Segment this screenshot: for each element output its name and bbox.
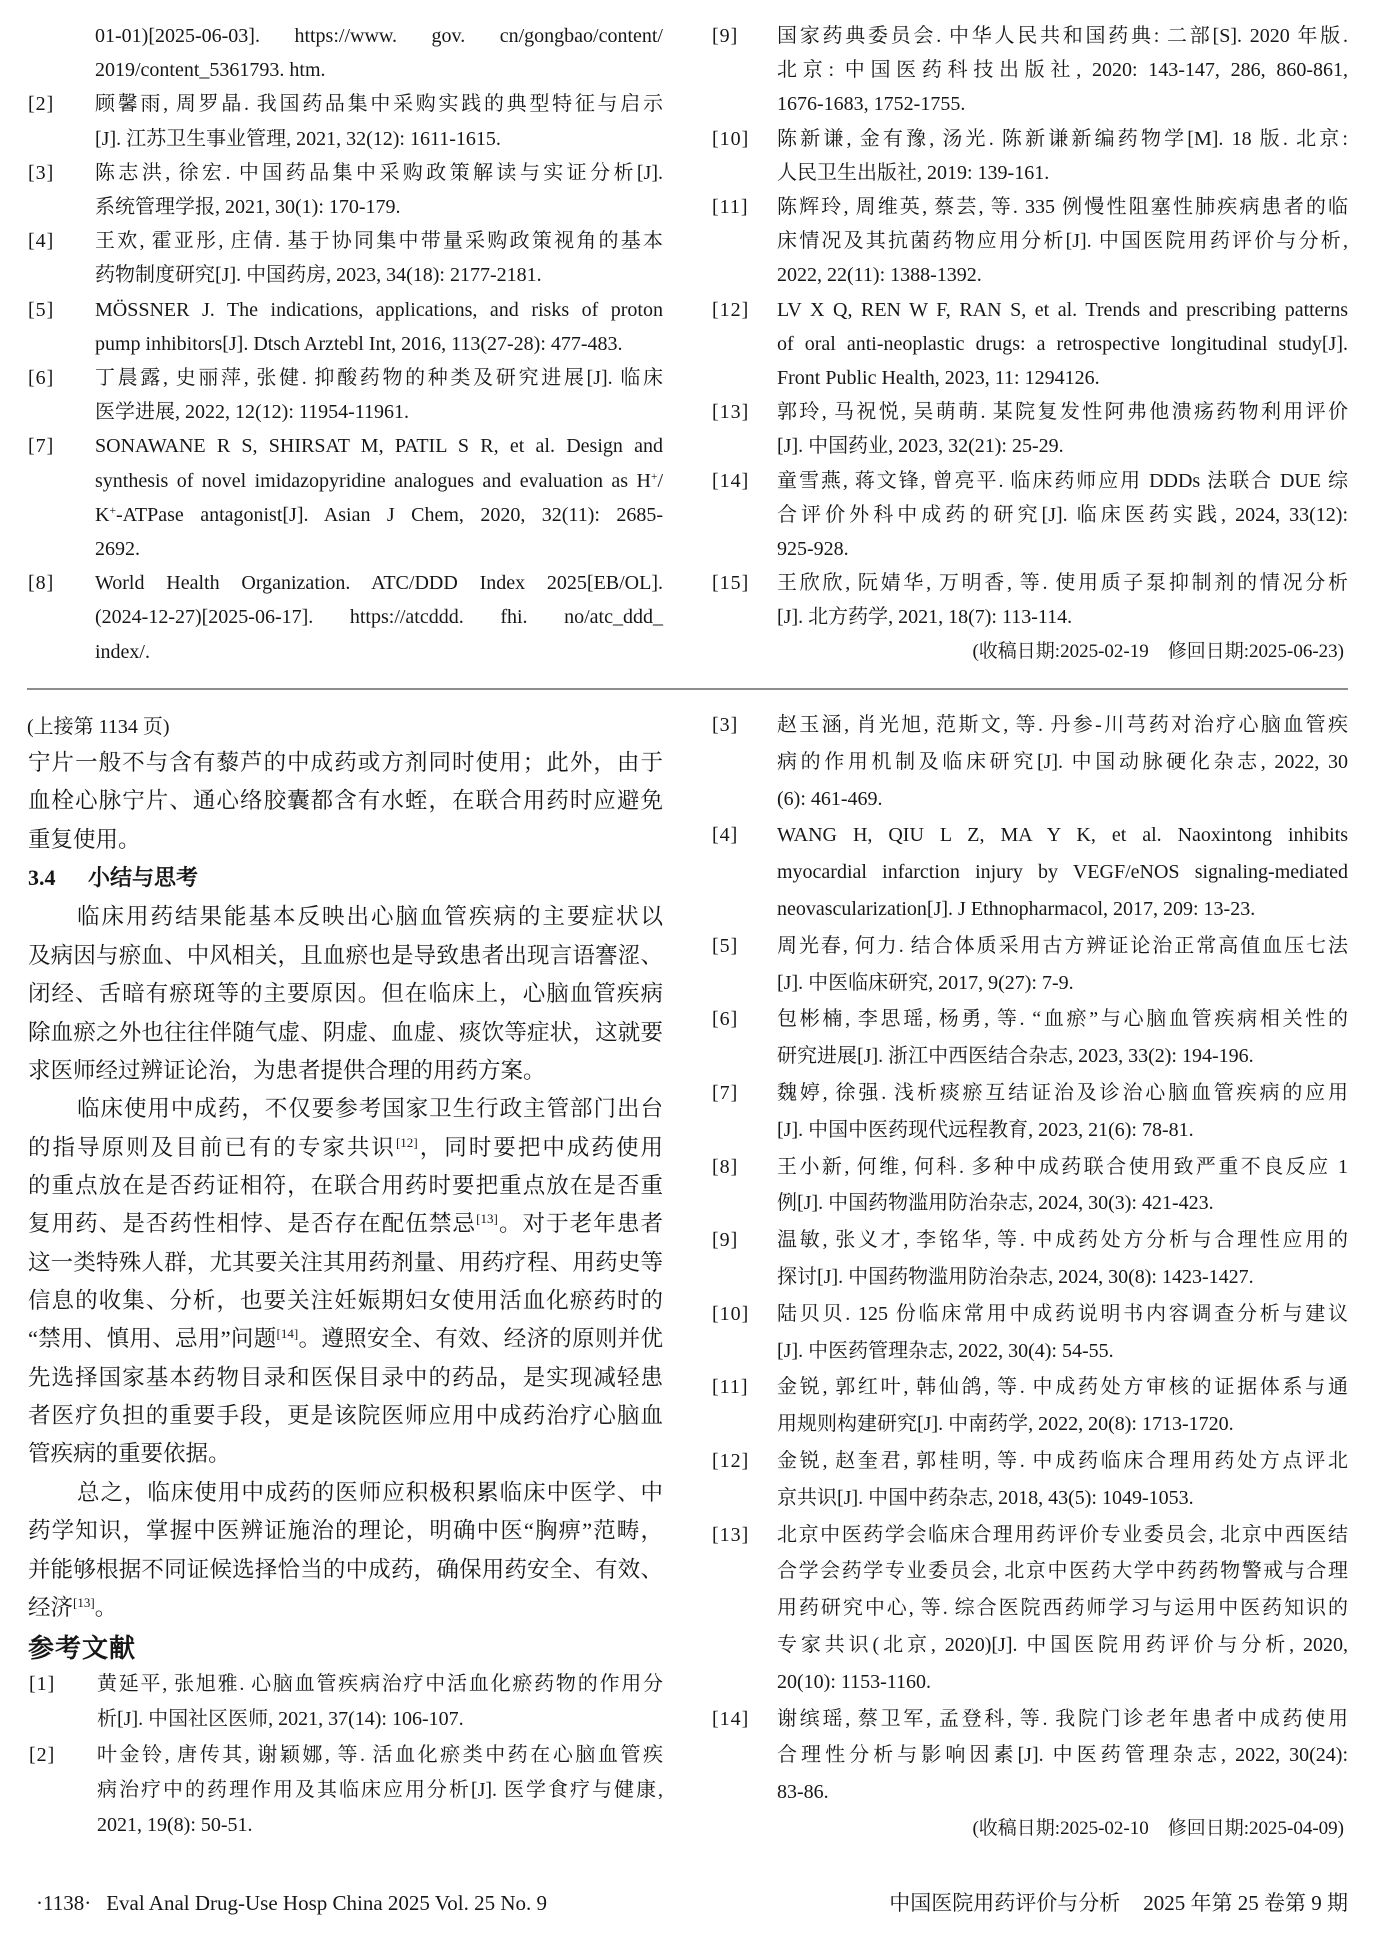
body-line: 临床使用中成药，不仅要参考国家卫生行政主管部门出台 (28, 1090, 663, 1128)
body-text: 。对于老年患者 (498, 1211, 663, 1236)
reference-number: [2] (29, 1738, 55, 1773)
reference-line: [J]. 中国药业, 2023, 32(21): 25-29. (777, 429, 1348, 463)
reference-line: SONAWANE R S, SHIRSAT M, PATIL S R, et a… (95, 429, 663, 463)
reference-line: 周光春, 何力. 结合体质采用古方辨证论治正常高值血压七法 (777, 928, 1348, 965)
reference-line: 83-86. (777, 1774, 1348, 1811)
reference-line: (2024-12-27)[2025-06-17]. https://atcddd… (95, 600, 663, 634)
reference-text: / (657, 470, 663, 492)
reference-line: 合理性分析与影响因素[J]. 中医药管理杂志, 2022, 30(24): (777, 1737, 1348, 1774)
reference-line: 国家药典委员会. 中华人民共和国药典: 二部[S]. 2020 年版. (777, 19, 1348, 53)
reference-number: [6] (712, 1001, 738, 1038)
references-column-bottom-right: [3] 赵玉涵, 肖光旭, 范斯文, 等. 丹参-川芎药对治疗心脑血管疾 病的作… (712, 707, 1348, 1848)
reference-number: [11] (712, 1369, 749, 1406)
reference-line: 王小新, 何维, 何科. 多种中成药联合使用致严重不良反应 1 (777, 1149, 1348, 1186)
reference-number: [7] (712, 1075, 738, 1112)
reference-line: 北京: 中国医药科技出版社, 2020: 143-147, 286, 860-8… (777, 53, 1348, 87)
reference-text: K (95, 504, 109, 526)
received-revised-dates: (收稿日期:2025-02-19 修回日期:2025-06-23) (712, 635, 1348, 669)
reference-item: [8] 王小新, 何维, 何科. 多种中成药联合使用致严重不良反应 1 例[J]… (712, 1149, 1348, 1223)
reference-line: 赵玉涵, 肖光旭, 范斯文, 等. 丹参-川芎药对治疗心脑血管疾 (777, 707, 1348, 744)
reference-item: [11] 陈辉玲, 周维英, 蔡芸, 等. 335 例慢性阻塞性肺疾病患者的临 … (712, 190, 1348, 293)
reference-number: [14] (712, 464, 749, 498)
reference-item: [13] 郭玲, 马祝悦, 吴萌萌. 某院复发性阿弗他溃疡药物利用评价 [J].… (712, 395, 1348, 463)
reference-line: 20(10): 1153-1160. (777, 1664, 1348, 1701)
reference-line: 床情况及其抗菌药物应用分析[J]. 中国医院用药评价与分析, (777, 224, 1348, 258)
references-column-top-right: [9] 国家药典委员会. 中华人民共和国药典: 二部[S]. 2020 年版. … (712, 19, 1348, 669)
reference-line: 郭玲, 马祝悦, 吴萌萌. 某院复发性阿弗他溃疡药物利用评价 (777, 395, 1348, 429)
reference-item: [10] 陈新谦, 金有豫, 汤光. 陈新谦新编药物学[M]. 18 版. 北京… (712, 122, 1348, 190)
reference-item: [15] 王欣欣, 阮婧华, 万明香, 等. 使用质子泵抑制剂的情况分析 [J]… (712, 566, 1348, 634)
reference-line: 魏婷, 徐强. 浅析痰瘀互结证治及诊治心脑血管疾病的应用 (777, 1075, 1348, 1112)
reference-number: [8] (28, 566, 54, 600)
reference-number: [4] (28, 224, 54, 258)
reference-number: [9] (712, 1222, 738, 1259)
reference-number: [3] (712, 707, 738, 744)
journal-citation-english: Eval Anal Drug-Use Hosp China 2025 Vol. … (106, 1891, 547, 1915)
reference-number: [13] (712, 395, 749, 429)
article-body: 宁片一般不与含有藜芦的中成药或方剂同时使用；此外，由于 血栓心脉宁片、通心络胶囊… (28, 744, 663, 1627)
reference-line: 陈志洪, 徐宏. 中国药品集中采购政策解读与实证分析[J]. (95, 156, 663, 190)
reference-number: [2] (28, 87, 54, 121)
reference-number: [15] (712, 566, 749, 600)
reference-number: [5] (712, 928, 738, 965)
reference-line: Front Public Health, 2023, 11: 1294126. (777, 361, 1348, 395)
section-title: 小结与思考 (88, 866, 198, 891)
reference-line: 叶金铃, 唐传其, 谢颖娜, 等. 活血化瘀类中药在心脑血管疾 (97, 1738, 663, 1773)
body-line: 除血瘀之外也往往伴随气虚、阴虚、血虚、痰饮等症状，这就要 (28, 1014, 663, 1052)
body-line: 经济[13]。 (28, 1589, 663, 1627)
reference-line: 析[J]. 中国社区医师, 2021, 37(14): 106-107. (97, 1702, 663, 1737)
reference-line: [J]. 中医药管理杂志, 2022, 30(4): 54-55. (777, 1333, 1348, 1370)
reference-line: 京共识[J]. 中国中药杂志, 2018, 43(5): 1049-1053. (777, 1480, 1348, 1517)
reference-line: 925-928. (777, 532, 1348, 566)
reference-line: 用规则构建研究[J]. 中南药学, 2022, 20(8): 1713-1720… (777, 1406, 1348, 1443)
footer-left: ·1138·Eval Anal Drug-Use Hosp China 2025… (36, 1888, 547, 1918)
references-heading: 参考文献 (28, 1629, 136, 1669)
reference-line: 包彬楠, 李思瑶, 杨勇, 等. “血瘀”与心脑血管疾病相关性的 (777, 1001, 1348, 1038)
reference-line: [J]. 中医临床研究, 2017, 9(27): 7-9. (777, 965, 1348, 1002)
reference-line: 用药研究中心, 等. 综合医院西药师学习与运用中医药知识的 (777, 1590, 1348, 1627)
reference-item: [6] 丁晨露, 史丽萍, 张健. 抑酸药物的种类及研究进展[J]. 临床 医学… (28, 361, 663, 429)
reference-line: (6): 461-469. (777, 781, 1348, 818)
reference-number: [13] (712, 1517, 749, 1554)
reference-line: LV X Q, REN W F, RAN S, et al. Trends an… (777, 293, 1348, 327)
reference-number: [8] (712, 1149, 738, 1186)
body-line: 总之，临床使用中成药的医师应积极积累临床中医学、中 (28, 1474, 663, 1512)
reference-line: WANG H, QIU L Z, MA Y K, et al. Naoxinto… (777, 817, 1348, 854)
reference-item: [4] WANG H, QIU L Z, MA Y K, et al. Naox… (712, 817, 1348, 927)
section-number: 3.4 (28, 859, 88, 897)
body-line: “禁用、慎用、忌用”问题[14]。遵照安全、有效、经济的原则并优 (28, 1320, 663, 1358)
reference-line: 医学进展, 2022, 12(12): 11954-11961. (95, 395, 663, 429)
reference-line: 陈新谦, 金有豫, 汤光. 陈新谦新编药物学[M]. 18 版. 北京: (777, 122, 1348, 156)
reference-line: 丁晨露, 史丽萍, 张健. 抑酸药物的种类及研究进展[J]. 临床 (95, 361, 663, 395)
body-line: 药学知识，掌握中医辨证施治的理论，明确中医“胸痹”范畴， (28, 1512, 663, 1550)
reference-line: neovascularization[J]. J Ethnopharmacol,… (777, 891, 1348, 928)
reference-text: synthesis of novel imidazopyridine analo… (95, 470, 651, 492)
reference-line: 王欢, 霍亚彤, 庄倩. 基于协同集中带量采购政策视角的基本 (95, 224, 663, 258)
body-line: 闭经、舌暗有瘀斑等的主要原因。但在临床上，心脑血管疾病 (28, 975, 663, 1013)
reference-line: 系统管理学报, 2021, 30(1): 170-179. (95, 190, 663, 224)
reference-item: [9] 国家药典委员会. 中华人民共和国药典: 二部[S]. 2020 年版. … (712, 19, 1348, 122)
reference-number: [4] (712, 817, 738, 854)
reference-item: [12] LV X Q, REN W F, RAN S, et al. Tren… (712, 293, 1348, 396)
reference-line: 顾馨雨, 周罗晶. 我国药品集中采购实践的典型特征与启示 (95, 87, 663, 121)
citation-superscript: [13] (476, 1211, 498, 1226)
reference-item: [14] 童雪燕, 蒋文锋, 曾亮平. 临床药师应用 DDDs 法联合 DUE … (712, 464, 1348, 567)
reference-item: [2] 顾馨雨, 周罗晶. 我国药品集中采购实践的典型特征与启示 [J]. 江苏… (28, 87, 663, 155)
reference-item: [7] SONAWANE R S, SHIRSAT M, PATIL S R, … (28, 429, 663, 566)
continued-from-note: (上接第 1134 页) (27, 710, 170, 744)
body-line: 复用药、是否药性相悖、是否存在配伍禁忌[13]。对于老年患者 (28, 1205, 663, 1243)
reference-number: [7] (28, 429, 54, 463)
reference-line: 2022, 22(11): 1388-1392. (777, 258, 1348, 292)
reference-number: [10] (712, 1296, 749, 1333)
reference-line: 2019/content_5361793. htm. (95, 53, 663, 87)
body-line: 的指导原则及目前已有的专家共识[12]，同时要把中成药使用 (28, 1129, 663, 1167)
reference-item: [9] 温敏, 张义才, 李铭华, 等. 中成药处方分析与合理性应用的 探讨[J… (712, 1222, 1348, 1296)
body-line: 求医师经过辨证论治，为患者提供合理的用药方案。 (28, 1052, 663, 1090)
reference-number: [9] (712, 19, 738, 53)
reference-item: [11] 金锐, 郭红叶, 韩仙鸽, 等. 中成药处方审核的证据体系与通 用规则… (712, 1369, 1348, 1443)
reference-item: [4] 王欢, 霍亚彤, 庄倩. 基于协同集中带量采购政策视角的基本 药物制度研… (28, 224, 663, 292)
reference-item: [1] 黄延平, 张旭雅. 心脑血管疾病治疗中活血化瘀药物的作用分 析[J]. … (29, 1667, 663, 1738)
reference-item: [8] World Health Organization. ATC/DDD I… (28, 566, 663, 669)
reference-line: of oral anti-neoplastic drugs: a retrosp… (777, 327, 1348, 361)
reference-number: [11] (712, 190, 749, 224)
reference-item: [10] 陆贝贝. 125 份临床常用中成药说明书内容调查分析与建议 [J]. … (712, 1296, 1348, 1370)
reference-line: 病的作用机制及临床研究[J]. 中国动脉硬化杂志, 2022, 30 (777, 744, 1348, 781)
reference-item: 01-01)[2025-06-03]. https://www. gov. cn… (28, 19, 663, 87)
reference-line: 专家共识(北京, 2020)[J]. 中国医院用药评价与分析, 2020, (777, 1627, 1348, 1664)
reference-line: 人民卫生出版社, 2019: 139-161. (777, 156, 1348, 190)
reference-line: 2692. (95, 532, 663, 566)
body-line: 并能够根据不同证候选择恰当的中成药，确保用药安全、有效、 (28, 1551, 663, 1589)
reference-number: [1] (29, 1667, 55, 1702)
reference-number: [12] (712, 293, 749, 327)
body-text: 。遵照安全、有效、经济的原则并优 (298, 1326, 663, 1351)
received-revised-dates: (收稿日期:2025-02-10 修回日期:2025-04-09) (712, 1811, 1348, 1848)
reference-line: 01-01)[2025-06-03]. https://www. gov. cn… (95, 19, 663, 53)
body-text: 。 (95, 1595, 118, 1620)
reference-item: [2] 叶金铃, 唐传其, 谢颖娜, 等. 活血化瘀类中药在心脑血管疾 病治疗中… (29, 1738, 663, 1844)
body-text: 的指导原则及目前已有的专家共识 (28, 1135, 396, 1160)
reference-number: [10] (712, 122, 749, 156)
reference-line: 谢缤瑶, 蔡卫军, 孟登科, 等. 我院门诊老年患者中成药使用 (777, 1701, 1348, 1738)
reference-line: 王欣欣, 阮婧华, 万明香, 等. 使用质子泵抑制剂的情况分析 (777, 566, 1348, 600)
reference-text: -ATPase antagonist[J]. Asian J Chem, 202… (116, 504, 663, 526)
reference-item: [14] 谢缤瑶, 蔡卫军, 孟登科, 等. 我院门诊老年患者中成药使用 合理性… (712, 1701, 1348, 1811)
reference-item: [3] 陈志洪, 徐宏. 中国药品集中采购政策解读与实证分析[J]. 系统管理学… (28, 156, 663, 224)
reference-line: 金锐, 赵奎君, 郭桂明, 等. 中成药临床合理用药处方点评北 (777, 1443, 1348, 1480)
reference-item: [5] 周光春, 何力. 结合体质采用古方辨证论治正常高值血压七法 [J]. 中… (712, 928, 1348, 1002)
reference-line: 研究进展[J]. 浙江中西医结合杂志, 2023, 33(2): 194-196… (777, 1038, 1348, 1075)
page-number: ·1138· (36, 1891, 91, 1915)
reference-line: 合评价外科中成药的研究[J]. 临床医药实践, 2024, 33(12): (777, 498, 1348, 532)
reference-line: MÖSSNER J. The indications, applications… (95, 293, 663, 327)
reference-line: [J]. 中国中医药现代远程教育, 2023, 21(6): 78-81. (777, 1112, 1348, 1149)
citation-superscript: [12] (396, 1135, 418, 1150)
footer-right: 中国医院用药评价与分析2025 年第 25 卷第 9 期 (889, 1888, 1348, 1918)
reference-line: index/. (95, 635, 663, 669)
reference-line: [J]. 江苏卫生事业管理, 2021, 32(12): 1611-1615. (95, 122, 663, 156)
reference-item: [7] 魏婷, 徐强. 浅析痰瘀互结证治及诊治心脑血管疾病的应用 [J]. 中国… (712, 1075, 1348, 1149)
journal-issue: 2025 年第 25 卷第 9 期 (1143, 1891, 1348, 1915)
citation-superscript: [13] (73, 1595, 95, 1610)
reference-line: 金锐, 郭红叶, 韩仙鸽, 等. 中成药处方审核的证据体系与通 (777, 1369, 1348, 1406)
reference-number: [14] (712, 1701, 749, 1738)
reference-number: [12] (712, 1443, 749, 1480)
body-text: 复用药、是否药性相悖、是否存在配伍禁忌 (28, 1211, 476, 1236)
reference-item: [6] 包彬楠, 李思瑶, 杨勇, 等. “血瘀”与心脑血管疾病相关性的 研究进… (712, 1001, 1348, 1075)
body-line: 管疾病的重要依据。 (28, 1435, 663, 1473)
body-text: “禁用、慎用、忌用”问题 (28, 1326, 277, 1351)
reference-line: 合学会药学专业委员会, 北京中医药大学中药药物警戒与合理 (777, 1553, 1348, 1590)
body-text: 经济 (28, 1595, 73, 1620)
section-divider (27, 688, 1348, 690)
body-line: 的重点放在是否药证相符，在联合用药时要把重点放在是否重 (28, 1167, 663, 1205)
reference-number: [6] (28, 361, 54, 395)
reference-line: 药物制度研究[J]. 中国药房, 2023, 34(18): 2177-2181… (95, 258, 663, 292)
reference-line: 黄延平, 张旭雅. 心脑血管疾病治疗中活血化瘀药物的作用分 (97, 1667, 663, 1702)
reference-item: [13] 北京中医药学会临床合理用药评价专业委员会, 北京中西医结 合学会药学专… (712, 1517, 1348, 1701)
body-line: 临床用药结果能基本反映出心脑血管疾病的主要症状以 (28, 898, 663, 936)
body-line: 这一类特殊人群，尤其要关注其用药剂量、用药疗程、用药史等 (28, 1244, 663, 1282)
reference-line: 2021, 19(8): 50-51. (97, 1808, 663, 1843)
reference-item: [12] 金锐, 赵奎君, 郭桂明, 等. 中成药临床合理用药处方点评北 京共识… (712, 1443, 1348, 1517)
reference-number: [5] (28, 293, 54, 327)
body-line: 宁片一般不与含有藜芦的中成药或方剂同时使用；此外，由于 (28, 744, 663, 782)
citation-superscript: [14] (277, 1327, 299, 1342)
body-line: 血栓心脉宁片、通心络胶囊都含有水蛭，在联合用药时应避免 (28, 782, 663, 820)
body-text: ，同时要把中成药使用 (418, 1135, 663, 1160)
references-column-top-left: 01-01)[2025-06-03]. https://www. gov. cn… (28, 19, 663, 669)
reference-line: 陈辉玲, 周维英, 蔡芸, 等. 335 例慢性阻塞性肺疾病患者的临 (777, 190, 1348, 224)
reference-line: World Health Organization. ATC/DDD Index… (95, 566, 663, 600)
body-line: 信息的收集、分析，也要关注妊娠期妇女使用活血化瘀药时的 (28, 1282, 663, 1320)
reference-line: 陆贝贝. 125 份临床常用中成药说明书内容调查分析与建议 (777, 1296, 1348, 1333)
section-heading: 3.4小结与思考 (28, 859, 663, 898)
reference-line: myocardial infarction injury by VEGF/eNO… (777, 854, 1348, 891)
reference-line: 探讨[J]. 中国药物滥用防治杂志, 2024, 30(8): 1423-142… (777, 1259, 1348, 1296)
reference-line: 北京中医药学会临床合理用药评价专业委员会, 北京中西医结 (777, 1517, 1348, 1554)
reference-line: 温敏, 张义才, 李铭华, 等. 中成药处方分析与合理性应用的 (777, 1222, 1348, 1259)
reference-line: pump inhibitors[J]. Dtsch Arztebl Int, 2… (95, 327, 663, 361)
body-line: 者医疗负担的重要手段，更是该院医师应用中成药治疗心脑血 (28, 1397, 663, 1435)
reference-line: synthesis of novel imidazopyridine analo… (95, 464, 663, 498)
reference-item: [3] 赵玉涵, 肖光旭, 范斯文, 等. 丹参-川芎药对治疗心脑血管疾 病的作… (712, 707, 1348, 817)
reference-line: 童雪燕, 蒋文锋, 曾亮平. 临床药师应用 DDDs 法联合 DUE 综 (777, 464, 1348, 498)
body-line: 及病因与瘀血、中风相关，且血瘀也是导致患者出现言语謇涩、 (28, 937, 663, 975)
reference-line: 例[J]. 中国药物滥用防治杂志, 2024, 30(3): 421-423. (777, 1185, 1348, 1222)
body-line: 重复使用。 (28, 821, 663, 859)
reference-line: 1676-1683, 1752-1755. (777, 87, 1348, 121)
reference-line: [J]. 北方药学, 2021, 18(7): 113-114. (777, 600, 1348, 634)
references-column-bottom-left: [1] 黄延平, 张旭雅. 心脑血管疾病治疗中活血化瘀药物的作用分 析[J]. … (29, 1667, 663, 1843)
reference-item: [5] MÖSSNER J. The indications, applicat… (28, 293, 663, 361)
reference-line: K+-ATPase antagonist[J]. Asian J Chem, 2… (95, 498, 663, 532)
reference-line: 病治疗中的药理作用及其临床应用分析[J]. 医学食疗与健康, (97, 1773, 663, 1808)
journal-name-chinese: 中国医院用药评价与分析 (889, 1891, 1120, 1915)
reference-number: [3] (28, 156, 54, 190)
body-line: 先选择国家基本药物目录和医保目录中的药品，是实现减轻患 (28, 1359, 663, 1397)
